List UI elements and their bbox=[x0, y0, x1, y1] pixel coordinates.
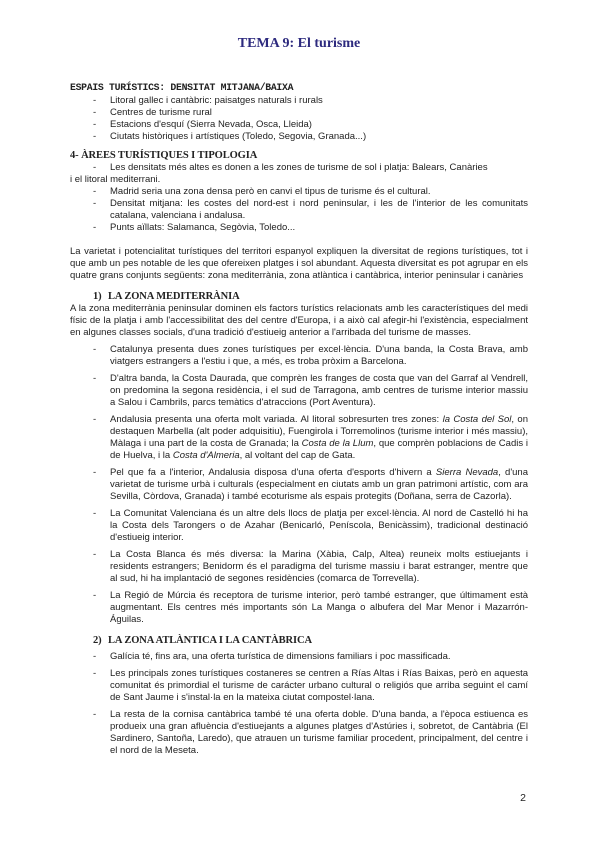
list-item-costa-daurada: -D'altra banda, la Costa Daurada, que co… bbox=[70, 373, 528, 409]
espais-list: -Litoral gallec i cantàbric: paisatges n… bbox=[70, 95, 528, 143]
bullet-dash: - bbox=[93, 508, 96, 520]
list-item: -Les densitats més altes es donen a les … bbox=[70, 162, 528, 174]
list-item: -Densitat mitjana: les costes del nord-e… bbox=[70, 198, 528, 222]
mediterrania-paragraph: A la zona mediterrània peninsular domine… bbox=[70, 303, 528, 339]
atlantica-list: -Galícia té, fins ara, una oferta turíst… bbox=[70, 651, 528, 757]
list-item-text: Densitat mitjana: les costes del nord-es… bbox=[110, 198, 528, 221]
section-heading-label: LA ZONA MEDITERRÀNIA bbox=[108, 291, 240, 302]
bullet-dash: - bbox=[93, 222, 96, 234]
bullet-dash: - bbox=[93, 119, 96, 131]
bullet-dash: - bbox=[93, 107, 96, 119]
list-item-text: Estacions d'esquí (Sierra Nevada, Osca, … bbox=[110, 119, 312, 130]
document-page: TEMA 9: El turisme ESPAIS TURÍSTICS: DEN… bbox=[0, 0, 600, 848]
list-item-text: Litoral gallec i cantàbric: paisatges na… bbox=[110, 95, 323, 106]
page-number: 2 bbox=[520, 792, 526, 804]
section-number: 2) bbox=[93, 634, 102, 647]
text-run-italic: Sierra Nevada bbox=[436, 467, 498, 478]
arees-heading: 4- ÀREES TURÍSTIQUES I TIPOLOGIA bbox=[70, 149, 528, 162]
list-item-costa-blanca: -La Costa Blanca és més diversa: la Mari… bbox=[70, 549, 528, 585]
list-item-text: Ciutats històriques i artístiques (Toled… bbox=[110, 131, 366, 142]
list-item-murcia: -La Regió de Múrcia és receptora de turi… bbox=[70, 590, 528, 626]
list-item-text: La Regió de Múrcia és receptora de turis… bbox=[110, 590, 528, 625]
list-item: -Madrid seria una zona densa però en can… bbox=[70, 186, 528, 198]
text-run-italic: la Costa del Sol bbox=[443, 414, 512, 425]
bullet-dash: - bbox=[93, 344, 96, 356]
section-heading-mediterrania: 1)LA ZONA MEDITERRÀNIA bbox=[70, 290, 528, 303]
list-item-text: Les principals zones turístiques costane… bbox=[110, 668, 528, 703]
section-heading-atlantica: 2)LA ZONA ATLÀNTICA I LA CANTÀBRICA bbox=[70, 634, 528, 647]
list-item-continuation: i el litoral mediterrani. bbox=[70, 174, 528, 186]
list-item-andalusia-interior: -Pel que fa a l'interior, Andalusia disp… bbox=[70, 467, 528, 503]
bullet-dash: - bbox=[93, 186, 96, 198]
page-title: TEMA 9: El turisme bbox=[70, 36, 528, 52]
bullet-dash: - bbox=[93, 131, 96, 143]
arees-list: -Les densitats més altes es donen a les … bbox=[70, 162, 528, 234]
bullet-dash: - bbox=[93, 590, 96, 602]
bullet-dash: - bbox=[93, 162, 96, 174]
list-item-text: Catalunya presenta dues zones turístique… bbox=[110, 344, 528, 367]
list-item-principals: -Les principals zones turístiques costan… bbox=[70, 668, 528, 704]
list-item-valenciana: -La Comunitat Valenciana és un altre del… bbox=[70, 508, 528, 544]
bullet-dash: - bbox=[93, 668, 96, 680]
list-item-text: La resta de la cornisa cantàbrica també … bbox=[110, 709, 528, 756]
list-item-text: La Comunitat Valenciana és un altre dels… bbox=[110, 508, 528, 543]
intro-paragraph: La varietat i potencialitat turístiques … bbox=[70, 246, 528, 282]
text-run: Andalusia presenta una oferta molt varia… bbox=[110, 414, 443, 425]
list-item: -Estacions d'esquí (Sierra Nevada, Osca,… bbox=[70, 119, 528, 131]
list-item-cornisa: -La resta de la cornisa cantàbrica també… bbox=[70, 709, 528, 757]
bullet-dash: - bbox=[93, 198, 96, 210]
bullet-dash: - bbox=[93, 651, 96, 663]
text-run: Pel que fa a l'interior, Andalusia dispo… bbox=[110, 467, 436, 478]
text-run-italic: Costa d'Almeria bbox=[173, 450, 240, 461]
list-item-text: Centres de turisme rural bbox=[110, 107, 212, 118]
espais-heading: ESPAIS TURÍSTICS: DENSITAT MITJANA/BAIXA bbox=[70, 82, 528, 94]
list-item: -Ciutats històriques i artístiques (Tole… bbox=[70, 131, 528, 143]
bullet-dash: - bbox=[93, 373, 96, 385]
list-item-text: Les densitats més altes es donen a les z… bbox=[110, 162, 488, 173]
list-item-text: Galícia té, fins ara, una oferta turísti… bbox=[110, 651, 451, 662]
bullet-dash: - bbox=[93, 709, 96, 721]
list-item: -Punts aïllats: Salamanca, Segòvia, Tole… bbox=[70, 222, 528, 234]
list-item-text: Andalusia presenta una oferta molt varia… bbox=[110, 414, 528, 461]
section-number: 1) bbox=[93, 290, 102, 303]
bullet-dash: - bbox=[93, 414, 96, 426]
list-item-text: Pel que fa a l'interior, Andalusia dispo… bbox=[110, 467, 528, 502]
list-item: -Litoral gallec i cantàbric: paisatges n… bbox=[70, 95, 528, 107]
mediterrania-list: -Catalunya presenta dues zones turístiqu… bbox=[70, 344, 528, 626]
list-item: -Centres de turisme rural bbox=[70, 107, 528, 119]
bullet-dash: - bbox=[93, 467, 96, 479]
list-item-text: D'altra banda, la Costa Daurada, que com… bbox=[110, 373, 528, 408]
section-heading-label: LA ZONA ATLÀNTICA I LA CANTÀBRICA bbox=[108, 635, 312, 646]
list-item-catalunya: -Catalunya presenta dues zones turístiqu… bbox=[70, 344, 528, 368]
text-run-italic: Costa de la Llum bbox=[302, 438, 374, 449]
bullet-dash: - bbox=[93, 95, 96, 107]
text-run: , al voltant del cap de Gata. bbox=[240, 450, 356, 461]
list-item-text: Punts aïllats: Salamanca, Segòvia, Toled… bbox=[110, 222, 295, 233]
list-item-galicia: -Galícia té, fins ara, una oferta turíst… bbox=[70, 651, 528, 663]
list-item-andalusia-litoral: -Andalusia presenta una oferta molt vari… bbox=[70, 414, 528, 462]
bullet-dash: - bbox=[93, 549, 96, 561]
list-item-text: La Costa Blanca és més diversa: la Marin… bbox=[110, 549, 528, 584]
list-item-text: Madrid seria una zona densa però en canv… bbox=[110, 186, 431, 197]
